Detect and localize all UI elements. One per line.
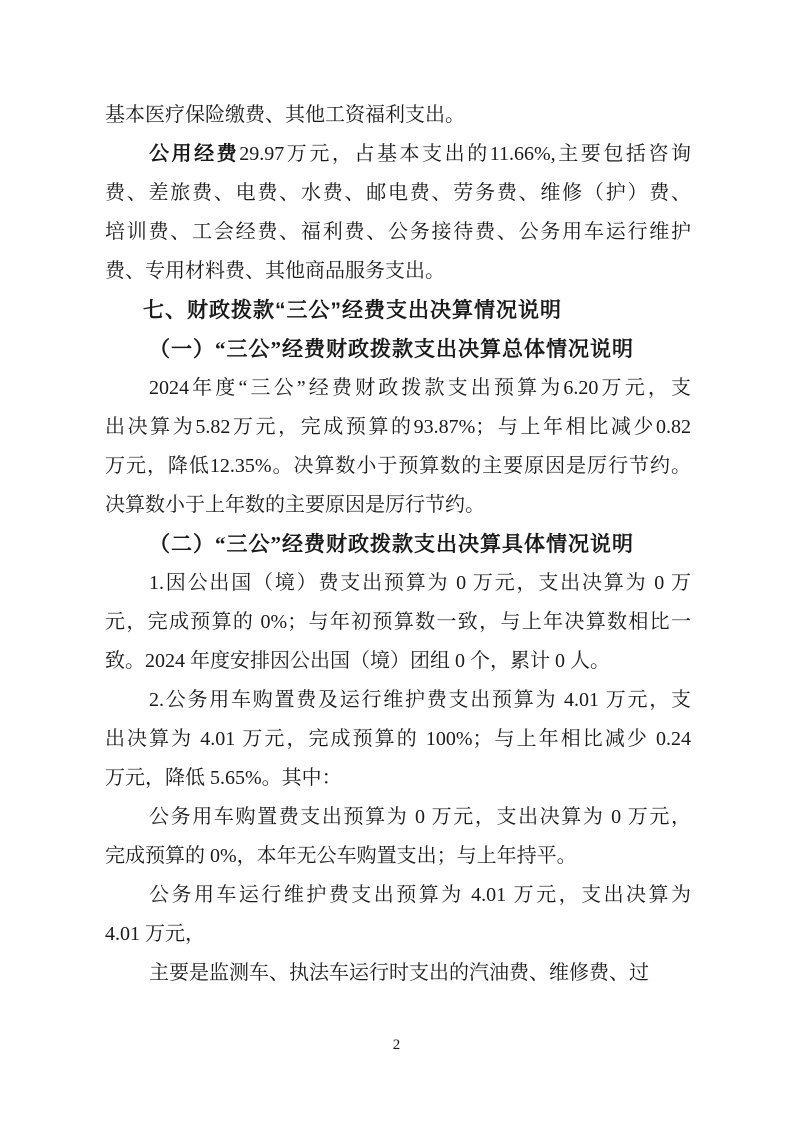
text-line: 4.01 万元， — [105, 915, 691, 954]
line-text: 万元，降低 5.65%。其中： — [105, 767, 342, 789]
text-line: （一）“三公”经费财政拨款支出决算总体情况说明 — [105, 330, 691, 369]
line-text: 费、专用材料费、其他商品服务支出。 — [105, 260, 445, 282]
text-line: 元，完成预算的 0%；与年初预算数一致，与上年决算数相比一 — [105, 603, 691, 642]
line-text: 完成预算的 0%，本年无公车购置支出；与上年持平。 — [105, 845, 577, 867]
document-page: 基本医疗保险缴费、其他工资福利支出。公用经费29.97万元，占基本支出的11.6… — [0, 0, 793, 1122]
line-text: 公务用车购置费支出预算为 0 万元，支出决算为 0 万元， — [149, 806, 691, 828]
text-line: 1.因公出国（境）费支出预算为 0 万元，支出决算为 0 万 — [105, 564, 691, 603]
line-text: 培训费、工会经费、福利费、公务接待费、公务用车运行维护 — [105, 221, 691, 243]
text-line: 七、财政拨款“三公”经费支出决算情况说明 — [105, 291, 691, 330]
line-text: 基本医疗保险缴费、其他工资福利支出。 — [105, 104, 465, 126]
text-line: 公务用车购置费支出预算为 0 万元，支出决算为 0 万元， — [105, 798, 691, 837]
line-text: 2.公务用车购置费及运行维护费支出预算为 4.01 万元，支 — [149, 689, 691, 711]
page-number: 2 — [393, 1037, 401, 1053]
line-text: 出决算为 4.01 万元，完成预算的 100%；与上年相比减少 0.24 — [105, 728, 691, 750]
bold-lead-text: 公用经费 — [149, 143, 239, 165]
text-line: 万元，降低12.35%。决算数小于预算数的主要原因是厉行节约。 — [105, 447, 691, 486]
text-line: 完成预算的 0%，本年无公车购置支出；与上年持平。 — [105, 837, 691, 876]
text-line: 致。2024 年度安排因公出国（境）团组 0 个，累计 0 人。 — [105, 642, 691, 681]
line-text: （二）“三公”经费财政拨款支出决算具体情况说明 — [149, 532, 634, 556]
line-text: 29.97万元，占基本支出的11.66%,主要包括咨询 — [239, 143, 691, 165]
text-line: 费、差旅费、电费、水费、邮电费、劳务费、维修（护）费、 — [105, 174, 691, 213]
document-body: 基本医疗保险缴费、其他工资福利支出。公用经费29.97万元，占基本支出的11.6… — [105, 96, 691, 993]
line-text: 公务用车运行维护费支出预算为 4.01 万元，支出决算为 — [149, 884, 691, 906]
line-text: 七、财政拨款“三公”经费支出决算情况说明 — [143, 299, 562, 322]
text-line: 万元，降低 5.65%。其中： — [105, 759, 691, 798]
text-line: 出决算为5.82万元，完成预算的93.87%；与上年相比减少0.82 — [105, 408, 691, 447]
text-line: 公务用车运行维护费支出预算为 4.01 万元，支出决算为 — [105, 876, 691, 915]
page-footer: 2 — [0, 1036, 793, 1054]
text-line: （二）“三公”经费财政拨款支出决算具体情况说明 — [105, 525, 691, 564]
line-text: 1.因公出国（境）费支出预算为 0 万元，支出决算为 0 万 — [149, 572, 691, 594]
text-line: 基本医疗保险缴费、其他工资福利支出。 — [105, 96, 691, 135]
text-line: 2.公务用车购置费及运行维护费支出预算为 4.01 万元，支 — [105, 681, 691, 720]
line-text: （一）“三公”经费财政拨款支出决算总体情况说明 — [149, 337, 634, 361]
line-text: 出决算为5.82万元，完成预算的93.87%；与上年相比减少0.82 — [105, 416, 691, 438]
line-text: 万元，降低12.35%。决算数小于预算数的主要原因是厉行节约。 — [105, 455, 691, 477]
line-text: 4.01 万元， — [105, 923, 205, 945]
line-text: 费、差旅费、电费、水费、邮电费、劳务费、维修（护）费、 — [105, 182, 691, 204]
text-line: 培训费、工会经费、福利费、公务接待费、公务用车运行维护 — [105, 213, 691, 252]
text-line: 决算数小于上年数的主要原因是厉行节约。 — [105, 486, 691, 525]
text-line: 出决算为 4.01 万元，完成预算的 100%；与上年相比减少 0.24 — [105, 720, 691, 759]
text-line: 费、专用材料费、其他商品服务支出。 — [105, 252, 691, 291]
line-text: 决算数小于上年数的主要原因是厉行节约。 — [105, 494, 485, 516]
text-line: 主要是监测车、执法车运行时支出的汽油费、维修费、过 — [105, 954, 691, 993]
text-line: 2024年度“三公”经费财政拨款支出预算为6.20万元，支 — [105, 369, 691, 408]
line-text: 元，完成预算的 0%；与年初预算数一致，与上年决算数相比一 — [105, 611, 691, 633]
line-text: 致。2024 年度安排因公出国（境）团组 0 个，累计 0 人。 — [105, 650, 610, 672]
line-text: 2024年度“三公”经费财政拨款支出预算为6.20万元，支 — [149, 377, 691, 399]
line-text: 主要是监测车、执法车运行时支出的汽油费、维修费、过 — [149, 962, 649, 984]
text-line: 公用经费29.97万元，占基本支出的11.66%,主要包括咨询 — [105, 135, 691, 174]
